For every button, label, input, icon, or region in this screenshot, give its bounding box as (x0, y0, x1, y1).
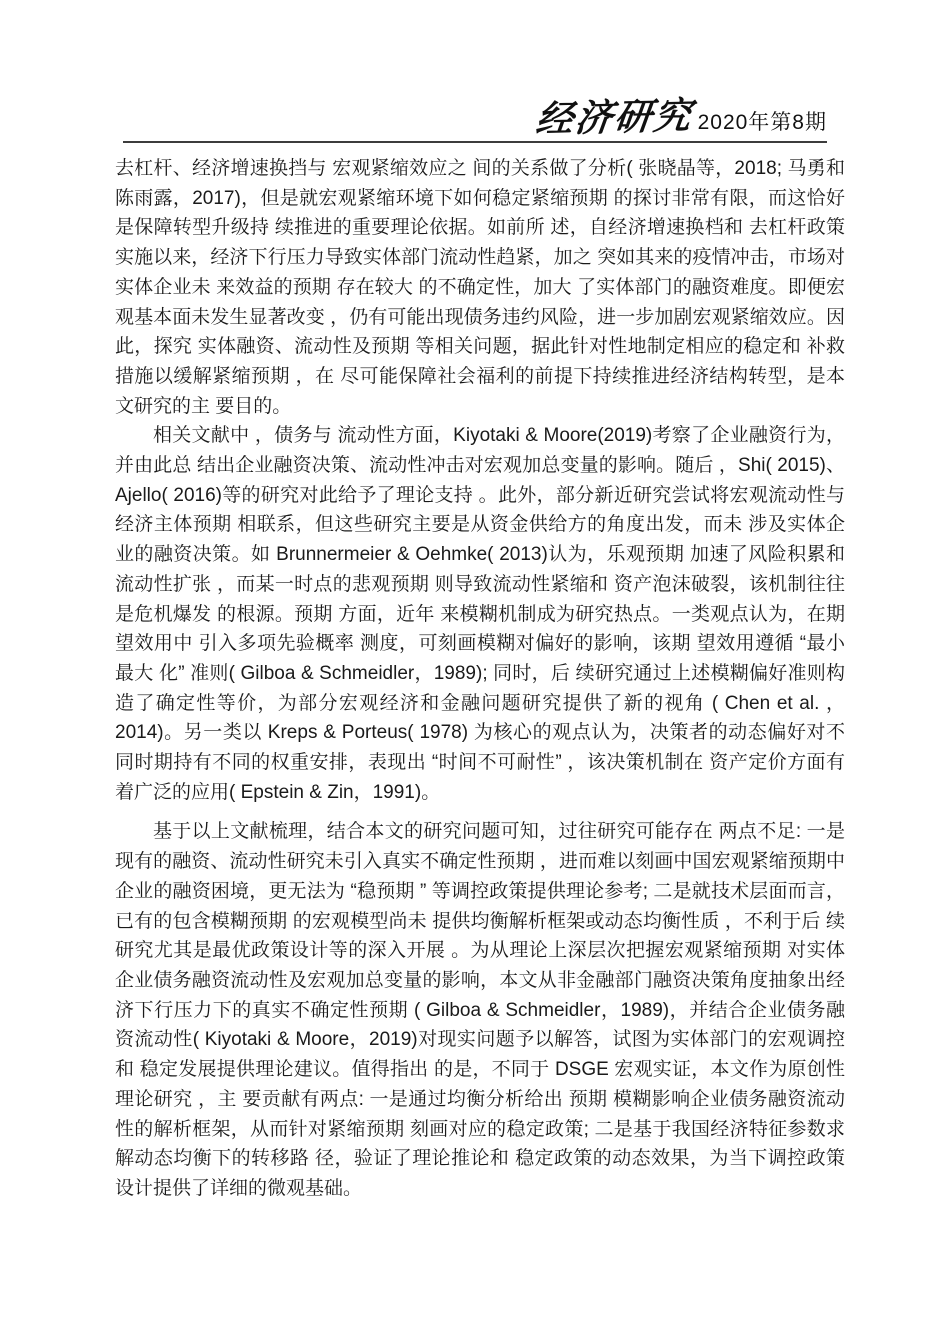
issue-label: 2020年第8期 (698, 112, 827, 133)
journal-page: 经济研究 2020年第8期 去杠杆、经济增速换挡与 宏观紧缩效应之 间的关系做了… (0, 0, 950, 1344)
paragraph-literature-review: 相关文献中 ，债务与 流动性方面，Kiyotaki & Moore(2019)考… (115, 421, 845, 807)
header-rule (123, 141, 827, 143)
paragraph-contributions: 基于以上文献梳理，结合本文的研究问题可知，过往研究可能存在 两点不足: 一是现有… (115, 817, 845, 1203)
paragraph-continuation: 去杠杆、经济增速换挡与 宏观紧缩效应之 间的关系做了分析( 张晓晶等，2018;… (115, 154, 845, 421)
journal-logo: 经济研究 (534, 97, 695, 138)
running-head: 经济研究 2020年第8期 (123, 98, 827, 135)
article-body: 去杠杆、经济增速换挡与 宏观紧缩效应之 间的关系做了分析( 张晓晶等，2018;… (115, 154, 845, 1204)
